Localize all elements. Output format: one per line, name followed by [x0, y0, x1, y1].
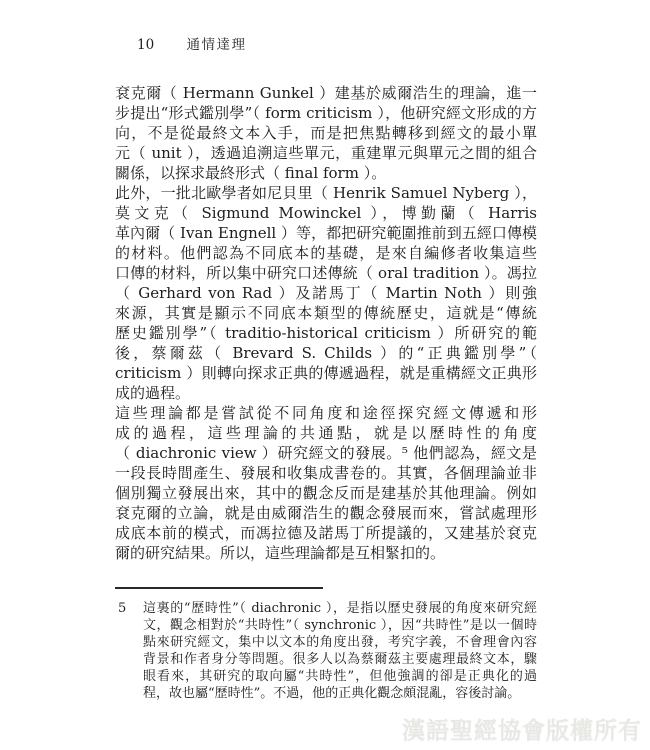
text-line: 成底本前的模式，而馮拉德及諾馬丁所提議的，又建基於袞克	[115, 523, 537, 543]
text-line: 後，蔡爾茲（ Brevard S. Childs ）的“正典鑑別學”（ cano…	[115, 343, 537, 363]
text-line: 關係，以探求最終形式（ final form ）。	[115, 163, 537, 183]
footnote-line: 程，故也屬“歷時性”。不過，他的正典化觀念頗混亂，容後討論。	[143, 685, 537, 702]
footnote-line: 背景和作者身分等問題。很多人以為蔡爾茲主要處理最終文本，驟	[143, 651, 537, 668]
text-line: 袞克爾的立論，就是由威爾浩生的觀念發展而來，嘗試處理形	[115, 503, 537, 523]
text-line: 成的過程，這些理論的共通點，就是以歷時性的角度	[115, 423, 537, 443]
text-line: （ diachronic view ）研究經文的發展。⁵ 他們認為，經文是經過	[115, 443, 537, 463]
footnote-line: 這裏的“歷時性”（ diachronic ），是指以歷史發展的角度來研究經	[143, 600, 537, 617]
book-page: 10 通情達理 袞克爾（ Hermann Gunkel ）建基於威爾浩生的理論，…	[0, 0, 650, 750]
text-line: 袞克爾（ Hermann Gunkel ）建基於威爾浩生的理論，進一	[115, 83, 537, 103]
text-line: 的材料。他們認為不同底本的基礎，是來自編修者收集這些	[115, 243, 537, 263]
footnote-line: 文，觀念相對於“共時性”（ synchronic ），因“共時性”是以一個時	[143, 617, 537, 634]
paragraph: 這些理論都是嘗試從不同角度和途徑探究經文傳遞和形成的過程，這些理論的共通點，就是…	[115, 403, 537, 563]
footnote: 5 這裏的“歷時性”（ diachronic ），是指以歷史發展的角度來研究經文…	[115, 600, 537, 702]
text-line: 步提出“形式鑑別學”（ form criticism ），他研究經文形成的方	[115, 103, 537, 123]
text-line: 成的過程。	[115, 383, 537, 403]
text-line: 來源，其實是顯示不同底本類型的傳統歷史，這就是“傳統	[115, 303, 537, 323]
text-line: 莫文克（ Sigmund Mowinckel ），博勤蘭（ Harris Bir…	[115, 203, 537, 223]
text-line: 這些理論都是嘗試從不同角度和途徑探究經文傳遞和形	[115, 403, 537, 423]
text-line: criticism ）則轉向探求正典的傳遞過程，就是重構經文正典形	[115, 363, 537, 383]
text-line: 此外，一批北歐學者如尼貝里（ Henrik Samuel Nyberg ），	[115, 183, 537, 203]
body-text: 袞克爾（ Hermann Gunkel ）建基於威爾浩生的理論，進一步提出“形式…	[115, 83, 537, 563]
page-number: 10	[137, 37, 154, 53]
text-line: 歷史鑑別學”（ traditio-historical criticism ）所…	[115, 323, 537, 343]
paragraph: 此外，一批北歐學者如尼貝里（ Henrik Samuel Nyberg ），莫文…	[115, 183, 537, 403]
footnote-line: 眼看來，其研究的取向屬“共時性”，但他強調的卻是正典化的過	[143, 668, 537, 685]
text-line: 向，不是從最終文本入手，而是把焦點轉移到經文的最小單	[115, 123, 537, 143]
copyright-watermark: 漢語聖經協會版權所有	[402, 712, 642, 745]
text-line: 爾的研究結果。所以，這些理論都是互相緊扣的。	[115, 543, 537, 563]
text-line: 革內爾（ Ivan Engnell ）等，都把研究範圍推前到五經口傳模式	[115, 223, 537, 243]
page-header: 10 通情達理	[137, 37, 537, 53]
text-line: 元（ unit ），透過追溯這些單元，重建單元與單元之間的組合	[115, 143, 537, 163]
text-line: 個別獨立發展出來，其中的觀念反而是建基於其他理論。例如	[115, 483, 537, 503]
paragraph: 袞克爾（ Hermann Gunkel ）建基於威爾浩生的理論，進一步提出“形式…	[115, 83, 537, 183]
footnote-body: 這裏的“歷時性”（ diachronic ），是指以歷史發展的角度來研究經文，觀…	[143, 600, 537, 702]
running-title: 通情達理	[186, 37, 246, 53]
footnote-line: 點來研究經文，集中以文本的角度出發，考究字義，不會理會內容	[143, 634, 537, 651]
footnote-number: 5	[118, 600, 126, 617]
text-line: 一段長時間產生、發展和收集成書卷的。其實，各個理論並非	[115, 463, 537, 483]
text-line: （ Gerhard von Rad ）及諾馬丁（ Martin Noth ）則強…	[115, 283, 537, 303]
footnote-separator	[115, 587, 323, 589]
text-line: 口傳的材料，所以集中研究口述傳統（ oral tradition ）。馮拉德	[115, 263, 537, 283]
